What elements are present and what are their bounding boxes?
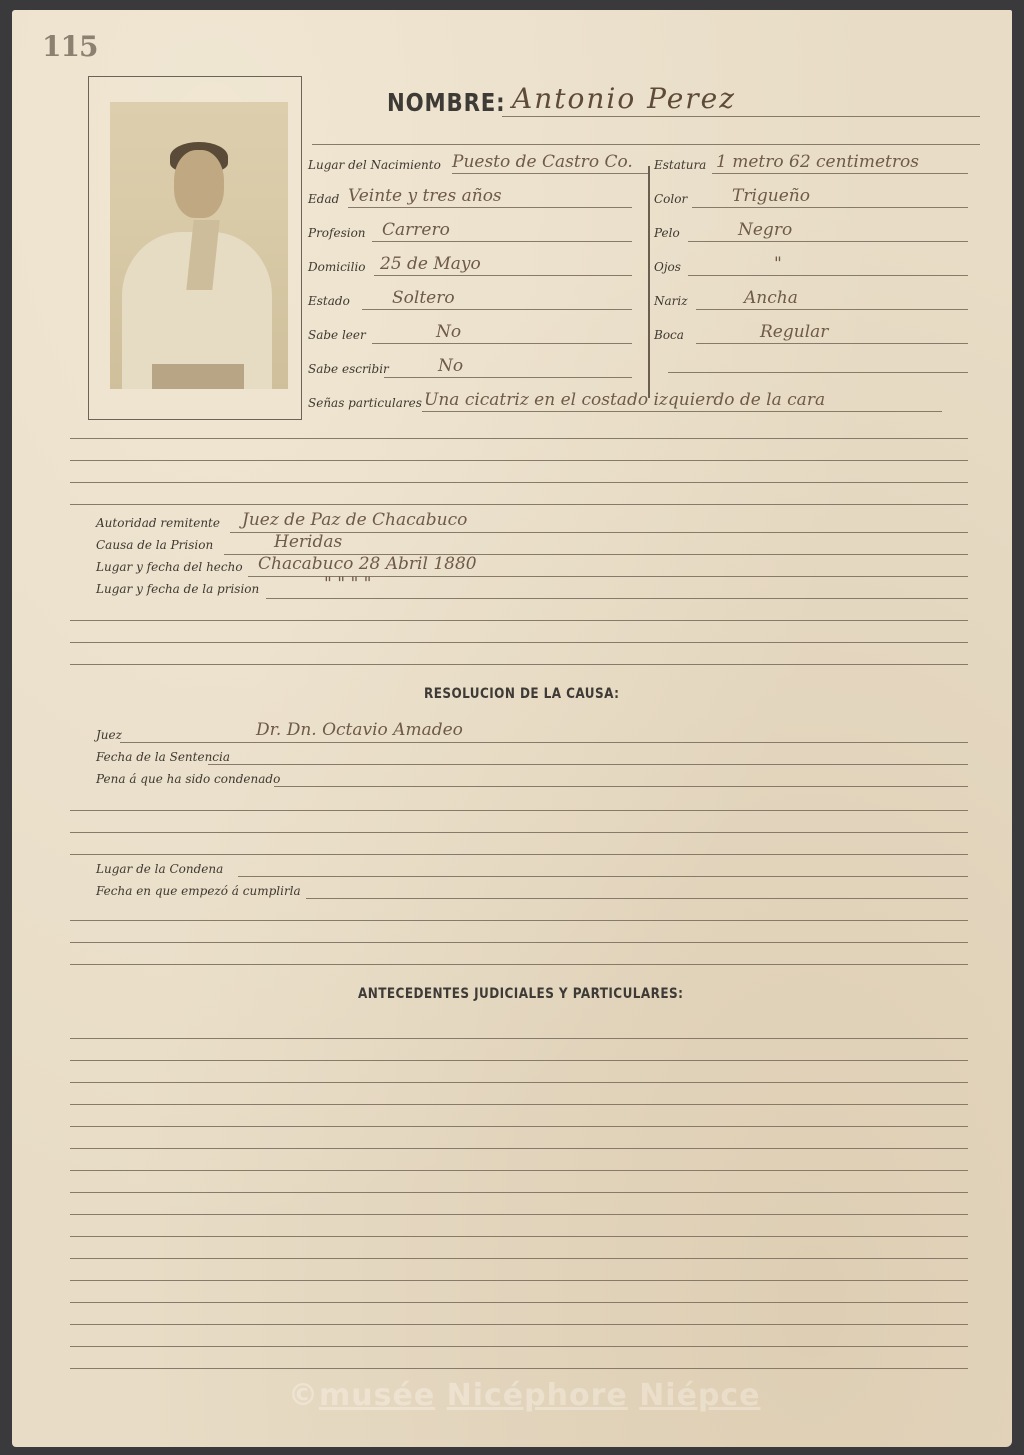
rule-line	[70, 1280, 968, 1281]
rule-line	[70, 1236, 968, 1237]
field-causa-value: Heridas	[274, 532, 342, 552]
field-color-value: Trigueño	[732, 186, 810, 206]
rule-line	[668, 372, 968, 373]
rule-line	[70, 1302, 968, 1303]
field-sabe-escribir-value: No	[438, 356, 463, 376]
rule-line	[70, 1346, 968, 1347]
rule-line	[266, 598, 968, 599]
field-estado-label: Estado	[308, 294, 350, 308]
rule-line	[70, 920, 968, 921]
museum-watermark: ©musée Nicéphore Niépce	[288, 1378, 761, 1413]
rule-line	[70, 1148, 968, 1149]
copyright-icon: ©	[288, 1378, 319, 1413]
field-boca-value: Regular	[760, 322, 828, 342]
field-pena-label: Pena á que ha sido condenado	[96, 772, 280, 786]
field-estatura-label: Estatura	[654, 158, 706, 172]
rule-line	[374, 275, 632, 276]
field-ojos-label: Ojos	[654, 260, 681, 274]
rule-line	[70, 1192, 968, 1193]
field-sabe-escribir-label: Sabe escribir	[308, 362, 389, 376]
rule-line	[70, 1060, 968, 1061]
rule-line	[70, 1258, 968, 1259]
rule-line	[208, 764, 968, 765]
field-edad-label: Edad	[308, 192, 339, 206]
rule-line	[70, 460, 968, 461]
rule-line	[362, 309, 632, 310]
field-lugar-hecho-label: Lugar y fecha del hecho	[96, 560, 243, 574]
field-profesion-label: Profesion	[308, 226, 366, 240]
field-domicilio-value: 25 de Mayo	[380, 254, 481, 274]
column-divider	[648, 166, 650, 398]
rule-line	[452, 173, 648, 174]
field-fecha-sentencia-label: Fecha de la Sentencia	[96, 750, 230, 764]
rule-line	[712, 173, 968, 174]
rule-line	[70, 1324, 968, 1325]
rule-line	[70, 1038, 968, 1039]
record-sheet: 115 NOMBRE: Antonio Perez Lugar del Naci…	[12, 10, 1012, 1447]
rule-line	[70, 832, 968, 833]
field-profesion-value: Carrero	[382, 220, 450, 240]
field-lugar-prision-label: Lugar y fecha de la prision	[96, 582, 259, 596]
watermark-word: Nicéphore	[447, 1378, 628, 1413]
rule-line	[70, 810, 968, 811]
field-autoridad-value: Juez de Paz de Chacabuco	[242, 510, 467, 530]
nombre-row: NOMBRE:	[387, 88, 507, 117]
page-number: 115	[42, 30, 97, 63]
rule-line	[70, 854, 968, 855]
nombre-line	[502, 116, 980, 117]
field-pelo-value: Negro	[738, 220, 792, 240]
rule-line	[70, 964, 968, 965]
watermark-word: musée	[319, 1378, 435, 1413]
rule-line	[306, 898, 968, 899]
field-ojos-value: "	[774, 254, 782, 274]
field-color-label: Color	[654, 192, 687, 206]
rule-line	[70, 1170, 968, 1171]
rule-line	[70, 642, 968, 643]
rule-line	[422, 411, 942, 412]
field-sabe-leer-value: No	[436, 322, 461, 342]
field-estatura-value: 1 metro 62 centimetros	[716, 152, 919, 172]
rule-line	[70, 664, 968, 665]
field-senas-value: Una cicatriz en el costado izquierdo de …	[424, 390, 825, 410]
portrait-photo	[110, 102, 288, 389]
rule-line	[372, 343, 632, 344]
rule-line	[70, 620, 968, 621]
rule-line	[238, 876, 968, 877]
rule-line	[312, 144, 980, 145]
field-autoridad-label: Autoridad remitente	[96, 516, 220, 530]
field-boca-label: Boca	[654, 328, 684, 342]
field-lugar-hecho-value: Chacabuco 28 Abril 1880	[258, 554, 477, 574]
field-causa-label: Causa de la Prision	[96, 538, 213, 552]
field-nariz-label: Nariz	[654, 294, 688, 308]
rule-line	[696, 309, 968, 310]
rule-line	[692, 207, 968, 208]
rule-line	[70, 504, 968, 505]
field-lugar-prision-value: " " " "	[324, 574, 372, 594]
watermark-word: Niépce	[639, 1378, 760, 1413]
rule-line	[274, 786, 968, 787]
rule-line	[688, 241, 968, 242]
rule-line	[70, 942, 968, 943]
rule-line	[70, 1126, 968, 1127]
rule-line	[70, 1368, 968, 1369]
field-estado-value: Soltero	[392, 288, 455, 308]
nombre-value: Antonio Perez	[512, 82, 736, 115]
field-lugar-condena-label: Lugar de la Condena	[96, 862, 223, 876]
field-domicilio-label: Domicilio	[308, 260, 366, 274]
field-fecha-cumplirla-label: Fecha en que empezó á cumplirla	[96, 884, 301, 898]
rule-line	[70, 438, 968, 439]
rule-line	[384, 377, 632, 378]
rule-line	[348, 207, 632, 208]
antecedentes-title: ANTECEDENTES JUDICIALES Y PARTICULARES:	[358, 986, 683, 1002]
field-pelo-label: Pelo	[654, 226, 680, 240]
rule-line	[70, 1104, 968, 1105]
rule-line	[696, 343, 968, 344]
field-senas-label: Señas particulares	[308, 396, 422, 410]
field-nariz-value: Ancha	[744, 288, 798, 308]
rule-line	[70, 1214, 968, 1215]
field-sabe-leer-label: Sabe leer	[308, 328, 366, 342]
rule-line	[688, 275, 968, 276]
field-lugar-nacimiento-value: Puesto de Castro Co.	[452, 152, 633, 172]
rule-line	[120, 742, 968, 743]
nombre-label: NOMBRE:	[387, 88, 489, 117]
field-lugar-nacimiento-label: Lugar del Nacimiento	[308, 158, 441, 172]
field-edad-value: Veinte y tres años	[348, 186, 502, 206]
rule-line	[372, 241, 632, 242]
field-juez-label: Juez	[96, 728, 122, 742]
resolucion-title: RESOLUCION DE LA CAUSA:	[424, 686, 619, 702]
rule-line	[70, 1082, 968, 1083]
field-juez-value: Dr. Dn. Octavio Amadeo	[256, 720, 463, 740]
rule-line	[70, 482, 968, 483]
